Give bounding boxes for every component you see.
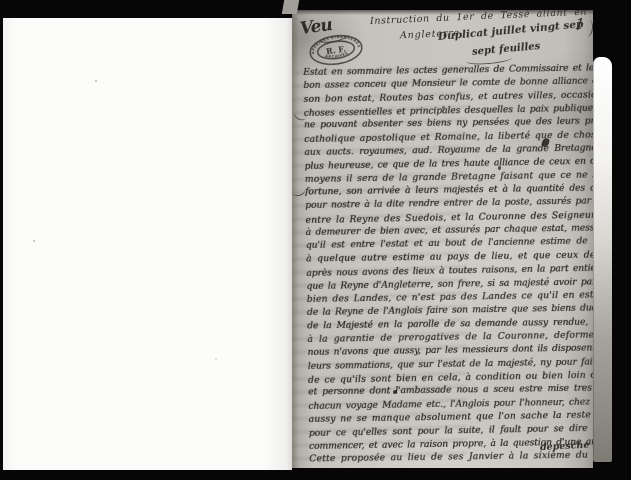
paper-speck [95, 80, 97, 82]
paper-speck [33, 240, 35, 242]
page-edge-tab [282, 0, 299, 14]
paper-speck [215, 358, 217, 360]
stacked-pages-edge [593, 57, 612, 462]
scanned-document-viewer: Veu AFFAIRES ÉTRANGÈRES ARCHIVES R. F. I… [0, 0, 631, 480]
manuscript-body-text: Estat en sommaire les actes generalles d… [303, 61, 593, 466]
blank-facing-page [3, 18, 292, 470]
manuscript-page: Veu AFFAIRES ÉTRANGÈRES ARCHIVES R. F. I… [292, 10, 593, 468]
page-number-flourish [583, 19, 593, 37]
